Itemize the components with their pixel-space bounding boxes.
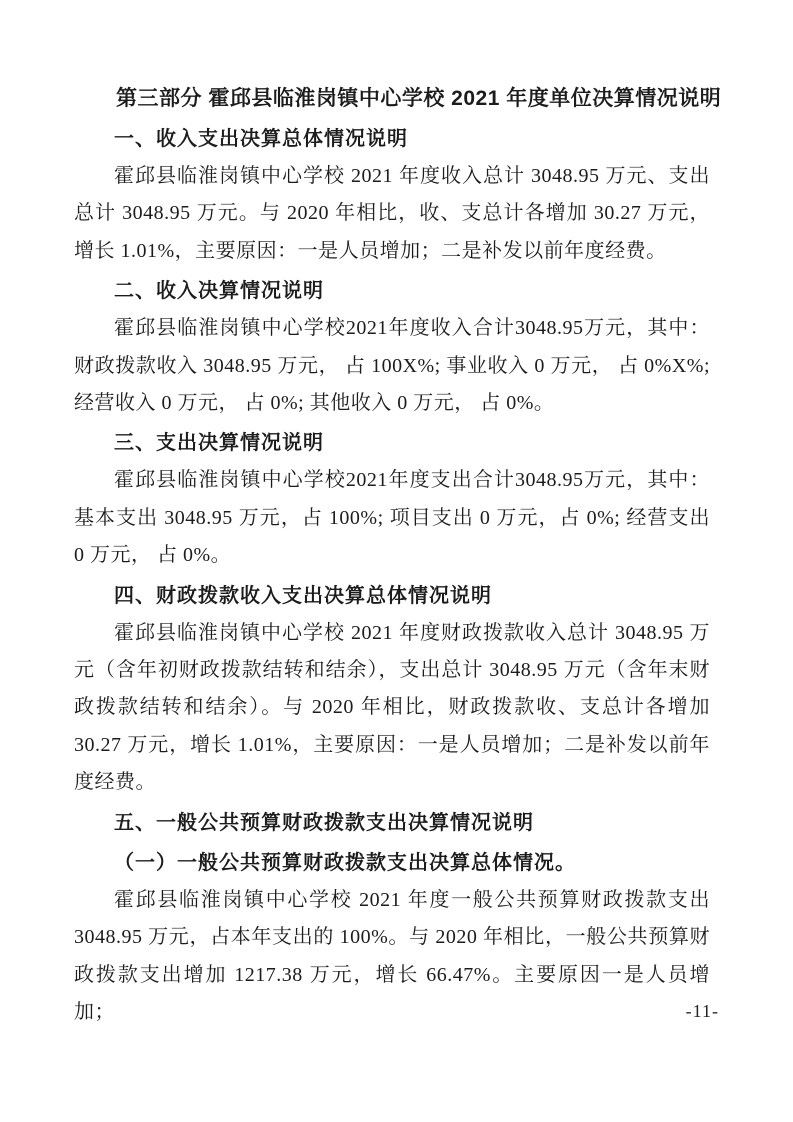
section-heading: 四、财政拨款收入支出决算总体情况说明	[74, 578, 710, 615]
section-heading: 二、收入决算情况说明	[74, 273, 710, 310]
document-paragraph: 霍邱县临淮岗镇中心学校 2021 年度收入总计 3048.95 万元、支出总计 …	[74, 158, 710, 270]
document-paragraph: 霍邱县临淮岗镇中心学校2021年度收入合计3048.95万元，其中：财政拨款收入…	[74, 310, 710, 422]
section-heading: 一、收入支出决算总体情况说明	[74, 121, 710, 158]
page-number: -11-	[686, 1000, 719, 1022]
document-paragraph: 霍邱县临淮岗镇中心学校2021年度支出合计3048.95万元，其中：基本支出 3…	[74, 462, 710, 574]
document-title: 第三部分 霍邱县临淮岗镇中心学校 2021 年度单位决算情况说明	[74, 80, 710, 118]
document-paragraph: 霍邱县临淮岗镇中心学校 2021 年度财政拨款收入总计 3048.95 万元（含…	[74, 615, 710, 802]
section-heading: （一）一般公共预算财政拨款支出决算总体情况。	[74, 845, 710, 882]
section-heading: 三、支出决算情况说明	[74, 425, 710, 462]
document-page: 第三部分 霍邱县临淮岗镇中心学校 2021 年度单位决算情况说明一、收入支出决算…	[0, 0, 793, 1122]
section-heading: 五、一般公共预算财政拨款支出决算情况说明	[74, 805, 710, 842]
document-body: 第三部分 霍邱县临淮岗镇中心学校 2021 年度单位决算情况说明一、收入支出决算…	[74, 80, 710, 1031]
document-paragraph: 霍邱县临淮岗镇中心学校 2021 年度一般公共预算财政拨款支出 3048.95 …	[74, 882, 710, 1032]
